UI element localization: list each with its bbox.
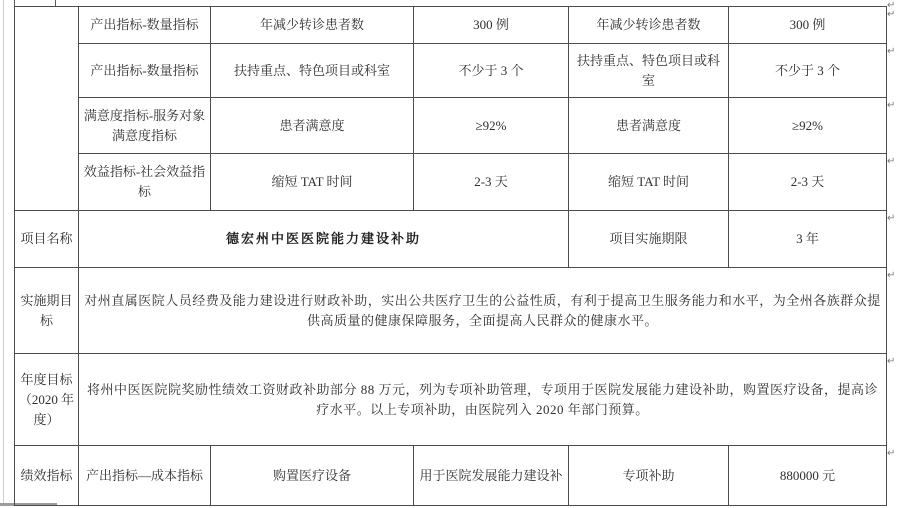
indicator-name-cell: 扶持重点、特色项目或科室	[211, 44, 414, 98]
indicator-value-cell: 2-3 天	[414, 154, 569, 211]
paragraph-mark-icon: ↵	[887, 9, 899, 21]
table-row: 年度目标（2020 年度） 将州中医医院院奖励性绩效工资财政补助部分 88 万元…	[15, 354, 887, 446]
indicator-type-cell: 产出指标-数量指标	[79, 44, 211, 98]
indicator-value-cell: 880000 元	[729, 446, 887, 506]
indicator-name-cell: 患者满意度	[211, 98, 414, 154]
indicator-name-cell: 购置医疗设备	[211, 446, 414, 506]
paragraph-mark-icon: ↵	[887, 356, 899, 368]
table-row: 产出指标-数量指标 扶持重点、特色项目或科室 不少于 3 个 扶持重点、特色项目…	[15, 44, 887, 98]
indicator-value-cell: 300 例	[729, 7, 887, 44]
performance-indicator-table: 产出指标-数量指标 年减少转诊患者数 300 例 年减少转诊患者数 300 例 …	[14, 6, 887, 506]
paragraph-mark-icon: ↵	[887, 448, 899, 460]
indicator-value-cell: 300 例	[414, 7, 569, 44]
paragraph-mark-icon: ↵	[887, 100, 899, 112]
impl-goal-label: 实施期目标	[15, 268, 79, 354]
annual-goal-label: 年度目标（2020 年度）	[15, 354, 79, 446]
paragraph-mark-icon: ↵	[887, 46, 899, 58]
table-row: 绩效指标 产出指标—成本指标 购置医疗设备 用于医院发展能力建设补 专项补助 8…	[15, 446, 887, 506]
indicator-value-cell: 2-3 天	[729, 154, 887, 211]
indicator-type-cell: 产出指标—成本指标	[79, 446, 211, 506]
indicator-name-cell: 缩短 TAT 时间	[569, 154, 729, 211]
document-page: ↵ ↵ ↵ ↵ ↵ ↵ ↵ ↵ ↵ 产出指标-数量指标 年减少转诊患者数 300…	[0, 0, 900, 508]
indicator-subsidy-cell: 专项补助	[569, 446, 729, 506]
page-margin-line	[3, 0, 4, 506]
table-row: 实施期目标 对州直属医院人员经费及能力建设进行财政补助，实出公共医疗卫生的公益性…	[15, 268, 887, 354]
performance-indicator-label: 绩效指标	[15, 446, 79, 506]
project-period-value: 3 年	[729, 211, 887, 268]
indicator-criteria-cell: 用于医院发展能力建设补	[414, 446, 569, 506]
indicator-value-cell: 不少于 3 个	[414, 44, 569, 98]
indicator-type-cell: 效益指标-社会效益指标	[79, 154, 211, 211]
table-row: 效益指标-社会效益指标 缩短 TAT 时间 2-3 天 缩短 TAT 时间 2-…	[15, 154, 887, 211]
indicator-value-cell: ≥92%	[414, 98, 569, 154]
indicator-type-cell: 满意度指标-服务对象满意度指标	[79, 98, 211, 154]
paragraph-mark-icon: ↵	[887, 213, 899, 225]
table-row: 满意度指标-服务对象满意度指标 患者满意度 ≥92% 患者满意度 ≥92%	[15, 98, 887, 154]
table-row: 产出指标-数量指标 年减少转诊患者数 300 例 年减少转诊患者数 300 例	[15, 7, 887, 44]
project-name-label: 项目名称	[15, 211, 79, 268]
impl-goal-text: 对州直属医院人员经费及能力建设进行财政补助，实出公共医疗卫生的公益性质，有利于提…	[79, 268, 887, 354]
indicator-name-cell: 患者满意度	[569, 98, 729, 154]
paragraph-mark-icon: ↵	[887, 270, 899, 282]
indicator-value-cell: ≥92%	[729, 98, 887, 154]
table-row: 项目名称 德宏州中医医院能力建设补助 项目实施期限 3 年	[15, 211, 887, 268]
merged-blank-cell	[15, 7, 79, 211]
indicator-name-cell: 年减少转诊患者数	[211, 7, 414, 44]
paragraph-mark-icon: ↵	[887, 156, 899, 168]
project-period-label: 项目实施期限	[569, 211, 729, 268]
indicator-name-cell: 扶持重点、特色项目或科室	[569, 44, 729, 98]
indicator-type-cell: 产出指标-数量指标	[79, 7, 211, 44]
indicator-value-cell: 不少于 3 个	[729, 44, 887, 98]
indicator-name-cell: 年减少转诊患者数	[569, 7, 729, 44]
annual-goal-text: 将州中医医院院奖励性绩效工资财政补助部分 88 万元，列为专项补助管理，专项用于…	[79, 354, 887, 446]
indicator-name-cell: 缩短 TAT 时间	[211, 154, 414, 211]
project-name-value: 德宏州中医医院能力建设补助	[79, 211, 569, 268]
